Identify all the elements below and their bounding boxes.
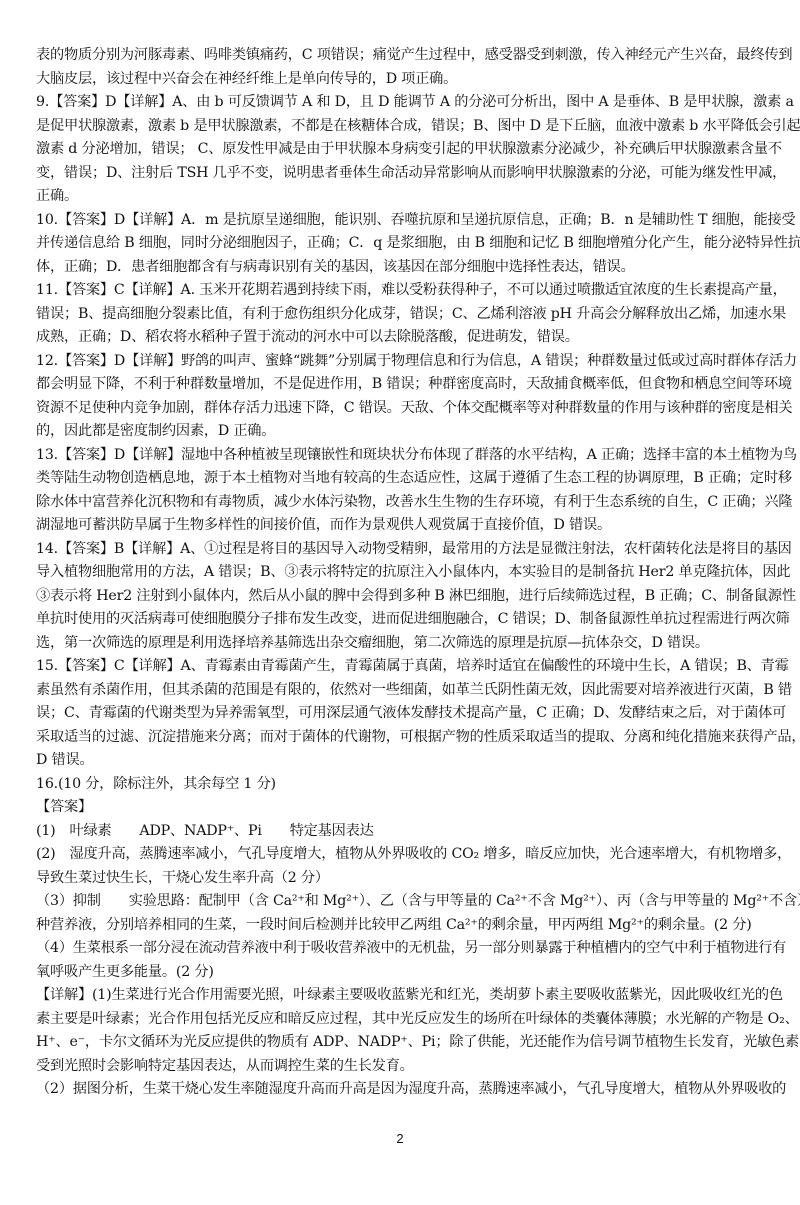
- question-10-answer: 10.【答案】D【详解】A．m 是抗原呈递细胞，能识别、吞噬抗原和呈递抗原信息，…: [36, 209, 766, 233]
- text-line: 受到光照时会影响特定基因表达，从而调控生菜的生长发育。: [36, 1055, 766, 1079]
- document-body: 表的物质分别为河豚毒素、吗啡类镇痛药，C 项错误；痛觉产生过程中，感受器受到刺激…: [36, 44, 766, 1102]
- text-line: 正确。: [36, 185, 766, 209]
- text-line: 的，因此都是密度制约因素，D 正确。: [36, 420, 766, 444]
- answer-part-2: (2) 湿度升高，蒸腾速率减小，气孔导度增大，植物从外界吸收的 CO₂ 增多，暗…: [36, 843, 766, 867]
- text-line: 导致生菜过快生长，干烧心发生率升高（2 分）: [36, 867, 766, 891]
- text-line: 并传递信息给 B 细胞，同时分泌细胞因子，正确；C．q 是浆细胞，由 B 细胞和…: [36, 232, 766, 256]
- question-13-answer: 13.【答案】D【详解】湿地中各种植被呈现镶嵌性和斑块状分布体现了群落的水平结构…: [36, 444, 766, 468]
- text-line: 误；C、青霉菌的代谢类型为异养需氧型，可用深层通气液体发酵技术提高产量，C 正确…: [36, 702, 766, 726]
- text-line: 体，正确；D．患者细胞都含有与病毒识别有关的基因，该基因在部分细胞中选择性表达，…: [36, 256, 766, 280]
- text-line: 湖湿地可蓄洪防旱属于生物多样性的间接价值，而作为景观供人观赏属于直接价值，D 错…: [36, 514, 766, 538]
- text-line: 采取适当的过滤、沉淀措施来分离；而对于菌体的代谢物，可根据产物的性质采取适当的提…: [36, 726, 766, 750]
- question-14-answer: 14.【答案】B【详解】A、①过程是将目的基因导入动物受精卵，最常用的方法是显微…: [36, 538, 766, 562]
- answer-part-3: （3）抑制 实验思路：配制甲（含 Ca²⁺和 Mg²⁺）、乙（含与甲等量的 Ca…: [36, 890, 766, 914]
- text-line: D 错误。: [36, 749, 766, 773]
- text-line: 是促甲状腺激素，激素 b 是甲状腺激素，不都是在核糖体合成，错误；B、图中 D …: [36, 115, 766, 139]
- answer-part-1: (1) 叶绿素 ADP、NADP⁺、Pi 特定基因表达: [36, 820, 766, 844]
- text-line: 单抗时使用的灭活病毒可使细胞膜分子排布发生改变，进而促进细胞融合，C 错误；D、…: [36, 608, 766, 632]
- text-line: ③表示将 Her2 注射到小鼠体内，然后从小鼠的脾中会得到多种 B 淋巴细胞，进…: [36, 585, 766, 609]
- text-line: 都会明显下降，不利于种群数量增加，不是促进作用，B 错误；种群密度高时，天敌捕食…: [36, 373, 766, 397]
- page-number: 2: [0, 1131, 800, 1146]
- text-line: 素主要是叶绿素；光合作用包括光反应和暗反应过程，其中光反应发生的场所在叶绿体的类…: [36, 1008, 766, 1032]
- text-line: 大脑皮层，该过程中兴奋会在神经纤维上是单向传导的，D 项正确。: [36, 68, 766, 92]
- text-line: 类等陆生动物创造栖息地，源于本土植物对当地有较高的生态适应性，这属于遵循了生态工…: [36, 467, 766, 491]
- text-line: 素虽然有杀菌作用，但其杀菌的范围是有限的，依然对一些细菌，如革兰氏阴性菌无效，因…: [36, 679, 766, 703]
- text-line: 表的物质分别为河豚毒素、吗啡类镇痛药，C 项错误；痛觉产生过程中，感受器受到刺激…: [36, 44, 766, 68]
- text-line: 激素 d 分泌增加，错误； C、原发性甲减是由于甲状腺本身病变引起的甲状腺激素分…: [36, 138, 766, 162]
- explanation-part-1: 【详解】(1)生菜进行光合作用需要光照，叶绿素主要吸收蓝紫光和红光，类胡萝卜素主…: [36, 984, 766, 1008]
- question-16-header: 16.(10 分，除标注外，其余每空 1 分): [36, 773, 766, 797]
- text-line: 导入植物细胞常用的方法，A 错误；B、③表示将特定的抗原注入小鼠体内，本实验目的…: [36, 561, 766, 585]
- question-11-answer: 11.【答案】C【详解】A. 玉米开花期若遇到持续下雨，难以受粉获得种子，不可以…: [36, 279, 766, 303]
- text-line: 资源不足使种内竞争加剧，群体存活力迅速下降，C 错误。天敌、个体交配概率等对种群…: [36, 397, 766, 421]
- answer-label: 【答案】: [36, 796, 766, 820]
- text-line: 变，错误；D、注射后 TSH 几乎不变，说明患者垂体生命活动异常影响从而影响甲状…: [36, 162, 766, 186]
- question-15-answer: 15.【答案】C【详解】A、青霉素由青霉菌产生，青霉菌属于真菌，培养时适宜在偏酸…: [36, 655, 766, 679]
- answer-part-4: （4）生菜根系一部分浸在流动营养液中利于吸收营养液中的无机盐，另一部分则暴露于种…: [36, 937, 766, 961]
- text-line: 错误；B、提高细胞分裂素比值，有利于愈伤组织分化成芽，错误；C、乙烯利溶液 pH…: [36, 303, 766, 327]
- explanation-part-2: （2）据图分析，生菜干烧心发生率随湿度升高而升高是因为湿度升高，蒸腾速率减小，气…: [36, 1078, 766, 1102]
- question-9-answer: 9.【答案】D【详解】A、由 b 可反馈调节 A 和 D，且 D 能调节 A 的…: [36, 91, 766, 115]
- text-line: 氧呼吸产生更多能量。(2 分): [36, 961, 766, 985]
- text-line: H⁺、e⁻，卡尔文循环为光反应提供的物质有 ADP、NADP⁺、Pi；除了供能，…: [36, 1031, 766, 1055]
- text-line: 选，第一次筛选的原理是利用选择培养基筛选出杂交瘤细胞，第二次筛选的原理是抗原—抗…: [36, 632, 766, 656]
- text-line: 除水体中富营养化沉积物和有毒物质，减少水体污染物，改善水生生物的生存环境，有利于…: [36, 491, 766, 515]
- text-line: 成熟，正确；D、稻农将水稻种子置于流动的河水中可以去除脱落酸，促进萌发，错误。: [36, 326, 766, 350]
- question-12-answer: 12.【答案】D【详解】野鸽的叫声、蜜蜂“跳舞”分别属于物理信息和行为信息，A …: [36, 350, 766, 374]
- text-line: 种营养液，分别培养相同的生菜，一段时间后检测并比较甲乙两组 Ca²⁺的剩余量，甲…: [36, 914, 766, 938]
